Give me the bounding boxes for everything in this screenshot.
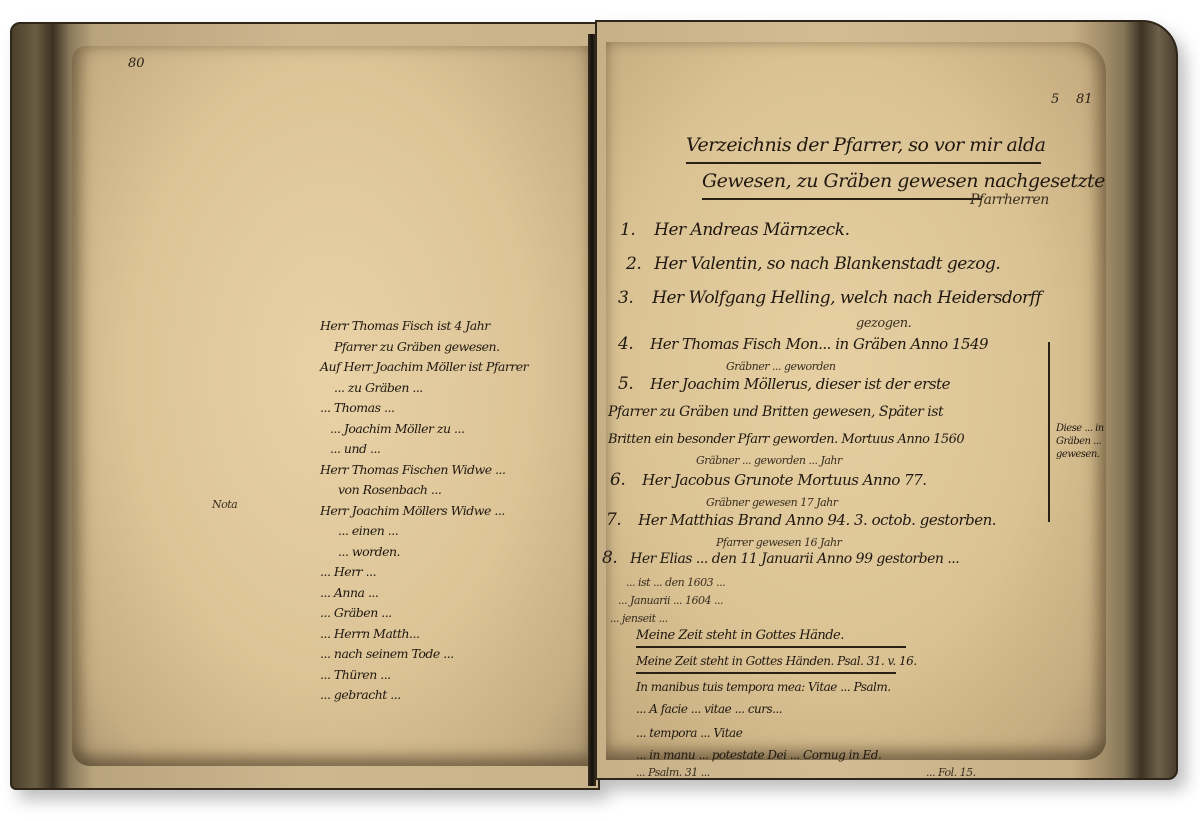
page-heading-suffix: Pfarrherren xyxy=(970,192,1049,208)
entry-5-line-2: Pfarrer zu Gräben und Britten gewesen, S… xyxy=(608,404,943,420)
open-manuscript-book: 80 Nota Herr Thomas Fisch ist 4 Jahr Pfa… xyxy=(10,20,1178,790)
lower-line: ... in manu ... potestate Dei ... Cornug… xyxy=(636,748,881,762)
text-line: ... nach seinem Tode ... xyxy=(320,644,528,665)
entry-text: Her Andreas Märnzeck. xyxy=(654,220,849,240)
entry-text: Her Valentin, so nach Blankenstadt gezog… xyxy=(654,254,1000,274)
lower-line: ... ist ... den 1603 ... xyxy=(626,576,725,589)
entry-number: 2. xyxy=(626,254,641,274)
text-line: ... Herr ... xyxy=(320,562,528,583)
entry-text: Her Matthias Brand Anno 94. 3. octob. ge… xyxy=(638,511,996,529)
folio-mark: 5 xyxy=(1051,92,1059,107)
lower-line: ... Januarii ... 1604 ... xyxy=(618,594,723,607)
underline xyxy=(636,672,896,674)
text-line: ... einen ... xyxy=(320,521,528,542)
left-page: 80 Nota Herr Thomas Fisch ist 4 Jahr Pfa… xyxy=(72,46,590,766)
page-heading-line-1: Verzeichnis der Pfarrer, so vor mir alda xyxy=(686,134,1045,156)
text-line: ... zu Gräben ... xyxy=(320,378,528,399)
lower-line: ... tempora ... Vitae xyxy=(636,726,742,740)
entry-5-note: Gräbner ... geworden ... Jahr xyxy=(696,454,842,467)
entry-number: 3. xyxy=(618,288,633,308)
entry-text: Her Thomas Fisch Mon... in Gräben Anno 1… xyxy=(650,335,988,353)
lower-line: Meine Zeit steht in Gottes Hände. xyxy=(636,628,844,643)
underline xyxy=(636,646,906,648)
left-page-text-block: Herr Thomas Fisch ist 4 Jahr Pfarrer zu … xyxy=(320,316,528,706)
text-line: Herr Joachim Möllers Widwe ... xyxy=(320,501,528,522)
text-line: ... Thomas ... xyxy=(320,398,528,419)
entry-8: 8. Her Elias ... den 11 Januarii Anno 99… xyxy=(602,548,959,568)
folio-number-right: 81 xyxy=(1076,92,1093,107)
entry-2: 2. Her Valentin, so nach Blankenstadt ge… xyxy=(626,254,1000,274)
book-spine-gutter xyxy=(588,34,596,786)
entry-3-continuation: gezogen. xyxy=(856,316,911,331)
text-line: von Rosenbach ... xyxy=(320,480,528,501)
text-line: ... Herrn Matth... xyxy=(320,624,528,645)
entry-6-note: Gräbner gewesen 17 Jahr xyxy=(706,496,838,509)
entry-6: 6. Her Jacobus Grunote Mortuus Anno 77. xyxy=(610,470,927,490)
text-line: Herr Thomas Fischen Widwe ... xyxy=(320,460,528,481)
entry-3: 3. Her Wolfgang Helling, welch nach Heid… xyxy=(618,288,1041,308)
entry-text: Her Elias ... den 11 Januarii Anno 99 ge… xyxy=(630,551,959,567)
heading-underline-2 xyxy=(702,198,982,200)
entry-1: 1. Her Andreas Märnzeck. xyxy=(620,220,849,240)
right-margin-note: Diese ... in Gräben ... gewesen. xyxy=(1056,422,1116,461)
text-line: Herr Thomas Fisch ist 4 Jahr xyxy=(320,316,528,337)
entry-5: 5. Her Joachim Möllerus, dieser ist der … xyxy=(618,374,950,394)
text-line: ... und ... xyxy=(320,439,528,460)
folio-number-left: 80 xyxy=(128,56,145,71)
lower-line: ... A facie ... vitae ... curs... xyxy=(636,702,782,716)
text-line: ... Thüren ... xyxy=(320,665,528,686)
left-margin-note: Nota xyxy=(212,498,237,511)
entry-number: 4. xyxy=(618,334,633,354)
entry-number: 8. xyxy=(602,548,617,568)
entry-text: Her Joachim Möllerus, dieser ist der ers… xyxy=(650,375,950,393)
entry-number: 6. xyxy=(610,470,625,490)
text-line: Auf Herr Joachim Möller ist Pfarrer xyxy=(320,357,528,378)
entry-text: Her Jacobus Grunote Mortuus Anno 77. xyxy=(642,471,926,489)
lower-line: In manibus tuis tempora mea: Vitae ... P… xyxy=(636,680,891,694)
lower-line: ... Psalm. 31 ... xyxy=(636,766,710,779)
entry-4-note: Gräbner ... geworden xyxy=(726,360,835,373)
text-line: Pfarrer zu Gräben gewesen. xyxy=(320,337,528,358)
page-heading-line-2: Gewesen, zu Gräben gewesen nachgesetzte xyxy=(702,170,1105,192)
entry-number: 1. xyxy=(620,220,635,240)
entry-5-line-3: Britten ein besonder Pfarr geworden. Mor… xyxy=(608,432,964,447)
lower-line: Meine Zeit steht in Gottes Händen. Psal.… xyxy=(636,654,917,668)
heading-underline-1 xyxy=(686,162,1041,164)
lower-line: ... Fol. 15. xyxy=(926,766,976,779)
entry-number: 5. xyxy=(618,374,633,394)
entry-4: 4. Her Thomas Fisch Mon... in Gräben Ann… xyxy=(618,334,988,354)
text-line: ... gebracht ... xyxy=(320,685,528,706)
text-line: ... worden. xyxy=(320,542,528,563)
lower-line: ... jenseit ... xyxy=(610,612,668,625)
entry-number: 7. xyxy=(606,510,621,530)
bracket-line xyxy=(1048,342,1050,522)
text-line: ... Joachim Möller zu ... xyxy=(320,419,528,440)
right-page: 5 81 Verzeichnis der Pfarrer, so vor mir… xyxy=(606,42,1106,760)
entry-7: 7. Her Matthias Brand Anno 94. 3. octob.… xyxy=(606,510,996,530)
text-line: ... Anna ... xyxy=(320,583,528,604)
entry-text: Her Wolfgang Helling, welch nach Heiders… xyxy=(652,288,1041,308)
text-line: ... Gräben ... xyxy=(320,603,528,624)
